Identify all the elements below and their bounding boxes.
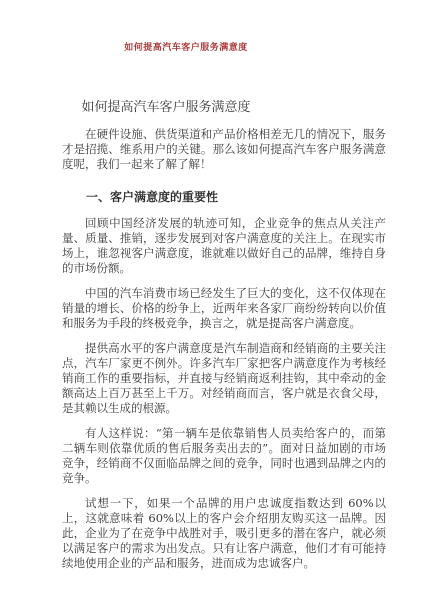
intro-paragraph: 在硬件设施、供货渠道和产品价格相差无几的情况下，服务才是招揽、维系用户的关键。那… <box>62 127 386 172</box>
section-paragraph: 提供高水平的客户满意度是汽车制造商和经销商的主要关注点，汽车厂家更不例外。许多汽… <box>62 341 386 416</box>
section-paragraph: 中国的汽车消费市场已经发生了巨大的变化，这不仅体现在销量的增长、价格的纷争上，近… <box>62 286 386 331</box>
document-page: 如何提高汽车客户服务满意度 如何提高汽车客户服务满意度 在硬件设施、供货渠道和产… <box>0 0 424 600</box>
document-body: 如何提高汽车客户服务满意度 在硬件设施、供货渠道和产品价格相差无几的情况下，服务… <box>0 99 424 571</box>
section-heading-importance: 一、客户满意度的重要性 <box>62 189 386 205</box>
document-title: 如何提高汽车客户服务满意度 <box>62 99 386 116</box>
section-paragraph: 回顾中国经济发展的轨迹可知，企业竞争的焦点从关注产量、质量、推销，逐步发展到对客… <box>62 216 386 276</box>
section-paragraph: 有人这样说：“第一辆车是依靠销售人员卖给客户的，而第二辆车则依靠优质的售后服务卖… <box>62 426 386 486</box>
running-header: 如何提高汽车客户服务满意度 <box>0 0 372 53</box>
section-paragraph: 试想一下，如果一个品牌的用户忠诚度指数达到 60%以上，这就意味着 60%以上的… <box>62 496 386 571</box>
